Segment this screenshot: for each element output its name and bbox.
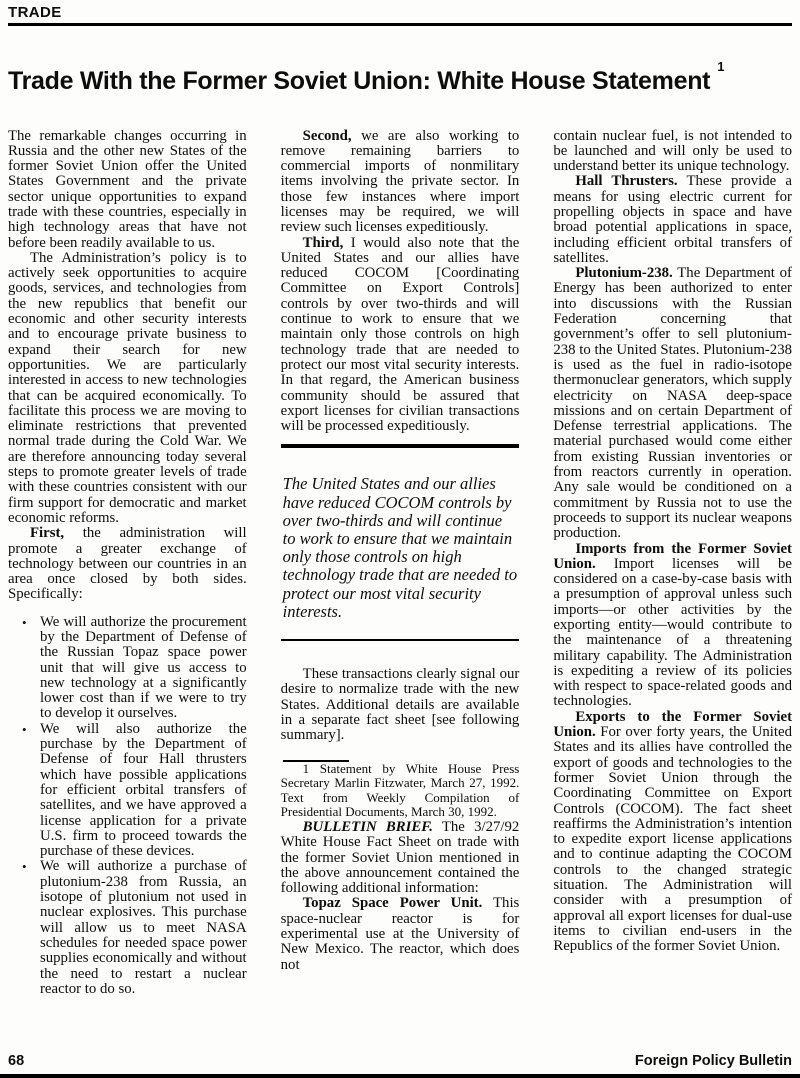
bullet-topaz: We will authorize the procurement by the…: [40, 614, 247, 722]
second-rest: we are also working to remove remaining …: [281, 128, 520, 236]
paragraph-plutonium-238: Plutonium-238. The Department of Energy …: [553, 266, 792, 541]
paragraph-transactions: These transactions clearly signal our de…: [281, 667, 520, 743]
column-1: The remarkable changes occurring in Russ…: [8, 129, 247, 998]
section-kicker: TRADE: [8, 0, 792, 21]
paragraph-topaz-unit: Topaz Space Power Unit. This space-nucle…: [281, 896, 520, 972]
bullet-icon: •: [22, 859, 27, 874]
exports-rest: For over forty years, the United States …: [553, 724, 792, 954]
paragraph-hall-thrusters: Hall Thrusters. These provide a means fo…: [553, 174, 792, 266]
page-bottom-rule: [0, 1074, 800, 1078]
page-footer: 68 Foreign Policy Bulletin: [8, 1053, 792, 1069]
first-lead: First,: [30, 525, 64, 541]
title-footnote-marker: 1: [717, 59, 724, 74]
list-item: •We will authorize a purchase of plutoni…: [8, 859, 247, 997]
bullet-icon: •: [22, 615, 27, 630]
imports-rest: Import licenses will be considered on a …: [553, 556, 792, 710]
article-title-text: Trade With the Former Soviet Union: Whit…: [8, 67, 710, 95]
list-item: •We will authorize the procurement by th…: [8, 615, 247, 722]
paragraph-intro: The remarkable changes occurring in Russ…: [8, 129, 247, 251]
third-lead: Third,: [303, 235, 344, 251]
paragraph-third: Third, I would also note that the United…: [281, 236, 520, 435]
paragraph-policy: The Administration’s policy is to active…: [8, 251, 247, 526]
hall-lead: Hall Thrusters.: [575, 173, 677, 189]
page-number: 68: [8, 1053, 24, 1069]
paragraph-bulletin-brief: BULLETIN BRIEF. The 3/27/92 White House …: [281, 820, 520, 896]
topaz-lead: Topaz Space Power Unit.: [303, 895, 483, 911]
paragraph-imports: Imports from the Former Soviet Union. Im…: [553, 542, 792, 710]
bullet-list: •We will authorize the procurement by th…: [8, 615, 247, 997]
paragraph-topaz-continued: contain nuclear fuel, is not intended to…: [553, 129, 792, 175]
plutonium-lead: Plutonium-238.: [575, 265, 672, 281]
article-body: The remarkable changes occurring in Russ…: [8, 129, 792, 998]
third-rest: I would also note that the United States…: [281, 235, 520, 435]
bulletin-brief-lead: BULLETIN BRIEF.: [303, 819, 433, 835]
column-3: contain nuclear fuel, is not intended to…: [553, 129, 792, 998]
plutonium-rest: The Department of Energy has been author…: [553, 265, 792, 541]
publication-name: Foreign Policy Bulletin: [635, 1053, 792, 1069]
column-2: Second, we are also working to remove re…: [281, 129, 520, 998]
bullet-hall-thrusters: We will also authorize the purchase by t…: [40, 721, 247, 859]
bullet-plutonium: We will authorize a purchase of plutoniu…: [40, 858, 247, 996]
bullet-icon: •: [22, 722, 27, 737]
pull-quote: The United States and our allies have re…: [281, 444, 520, 641]
paragraph-second: Second, we are also working to remove re…: [281, 129, 520, 236]
list-item: •We will also authorize the purchase by …: [8, 722, 247, 860]
second-lead: Second,: [303, 128, 352, 144]
footnote: 1 Statement by White House Press Secreta…: [281, 762, 520, 820]
header-rule: [8, 23, 792, 26]
paragraph-exports: Exports to the Former Soviet Union. For …: [553, 710, 792, 955]
bulletin-page: TRADE Trade With the Former Soviet Union…: [0, 0, 800, 1078]
article-title: Trade With the Former Soviet Union: Whit…: [8, 68, 792, 96]
paragraph-first: First, the administration will promote a…: [8, 526, 247, 602]
